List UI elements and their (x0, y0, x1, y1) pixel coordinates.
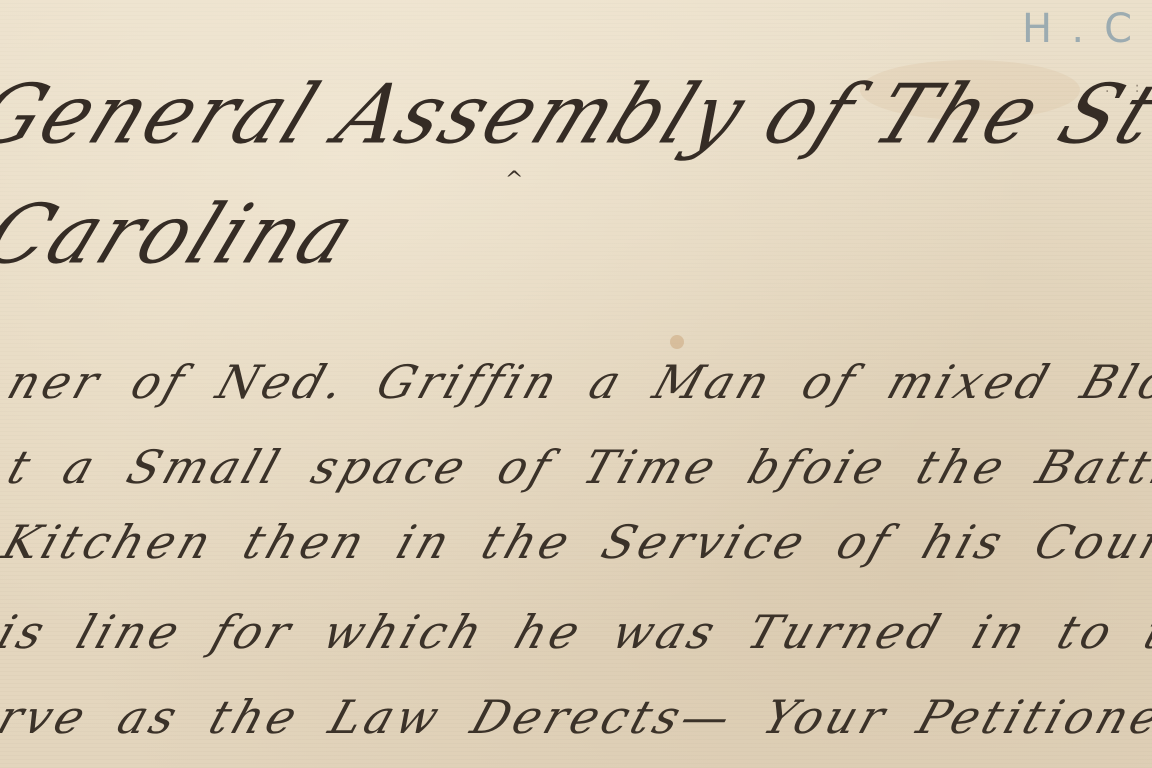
body-line-3: Kitchen then in the Service of his Count… (0, 515, 1152, 569)
body-line-5: rve as the Law Derects— Your Petitioner … (0, 690, 1152, 744)
body-line-4: is line for which he was Turned in to th… (0, 605, 1152, 659)
paper-stain (670, 335, 684, 349)
archive-stamp: H.C. (1022, 6, 1152, 52)
body-line-2: t a Small space of Time bfoie the Battle… (1, 440, 1152, 494)
heading-line-1: General Assembly of The St (0, 68, 1152, 163)
insertion-caret-icon: ^ (505, 168, 523, 193)
manuscript-page: H.C. . . : General Assembly of The St ^ … (0, 0, 1152, 768)
body-line-1: ner of Ned. Griffin a Man of mixed Blood (1, 355, 1152, 409)
heading-line-2: Carolina (0, 188, 370, 283)
